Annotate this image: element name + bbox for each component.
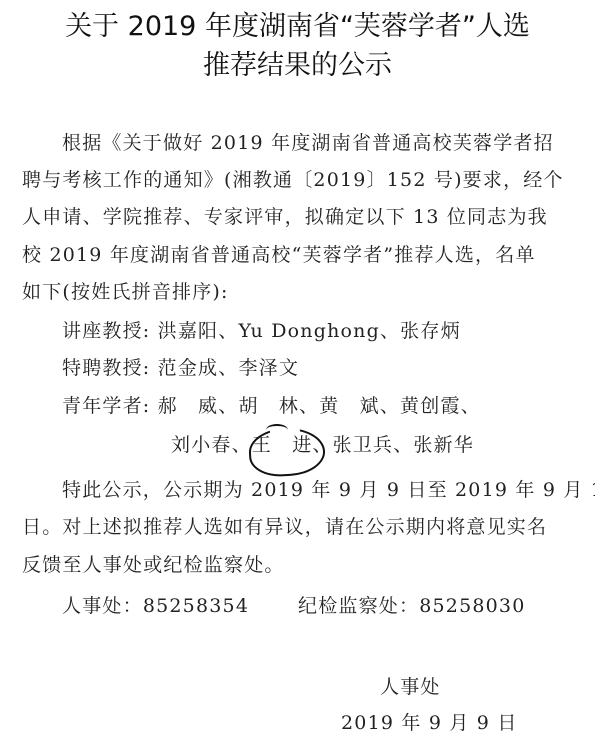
paragraph-line: 校 2019 年度湖南省普通高校“芙蓉学者”推荐人选，名单 [22,240,536,267]
category-names: 洪嘉阳、Yu Donghong、张存炳 [158,320,461,342]
paragraph-line: 日。对上述拟推荐人选如有异议，请在公示期内将意见实名 [22,512,547,539]
category-label: 青年学者: [62,395,150,417]
category-names: 范金成、李泽文 [158,357,299,379]
paragraph-line: 人申请、学院推荐、专家评审，拟确定以下 13 位同志为我 [22,202,548,229]
title-line-1: 关于 2019 年度湖南省“芙蓉学者”人选 [0,4,595,43]
paragraph-line: 如下(按姓氏拼音排序): [22,277,229,304]
paragraph-line: 根据《关于做好 2019 年度湖南省普通高校芙蓉学者招 [62,128,554,155]
signature-date: 2019 年 9 月 9 日 [341,708,518,735]
category-names: 郝 威、胡 林、黄 斌、黄创霞、 [158,395,481,417]
discipline-label: 纪检监察处： [298,595,419,617]
discipline-contact-info: 纪检监察处：85258030 [298,591,526,618]
paragraph-line: 聘与考核工作的通知》(湘教通〔2019〕152 号)要求，经个 [22,165,564,192]
paragraph-line: 反馈至人事处或纪检监察处。 [22,550,285,577]
discipline-phone: 85258030 [419,595,525,617]
hr-label: 人事处： [62,595,143,617]
category-distinguished-professor: 特聘教授: 范金成、李泽文 [62,353,299,380]
category-lecture-professor: 讲座教授: 洪嘉阳、Yu Donghong、张存炳 [62,316,461,343]
category-label: 讲座教授: [62,320,150,342]
category-label: 特聘教授: [62,357,150,379]
title-line-2: 推荐结果的公示 [0,43,595,82]
paragraph-line: 特此公示，公示期为 2019 年 9 月 9 日至 2019 年 9 月 16 [62,475,595,502]
handwritten-stroke [266,424,288,436]
category-young-scholar: 青年学者: 郝 威、胡 林、黄 斌、黄创霞、 [62,391,481,418]
hr-phone: 85258354 [143,595,249,617]
signature-department: 人事处 [380,672,441,699]
contact-info: 人事处：85258354 [62,591,249,618]
